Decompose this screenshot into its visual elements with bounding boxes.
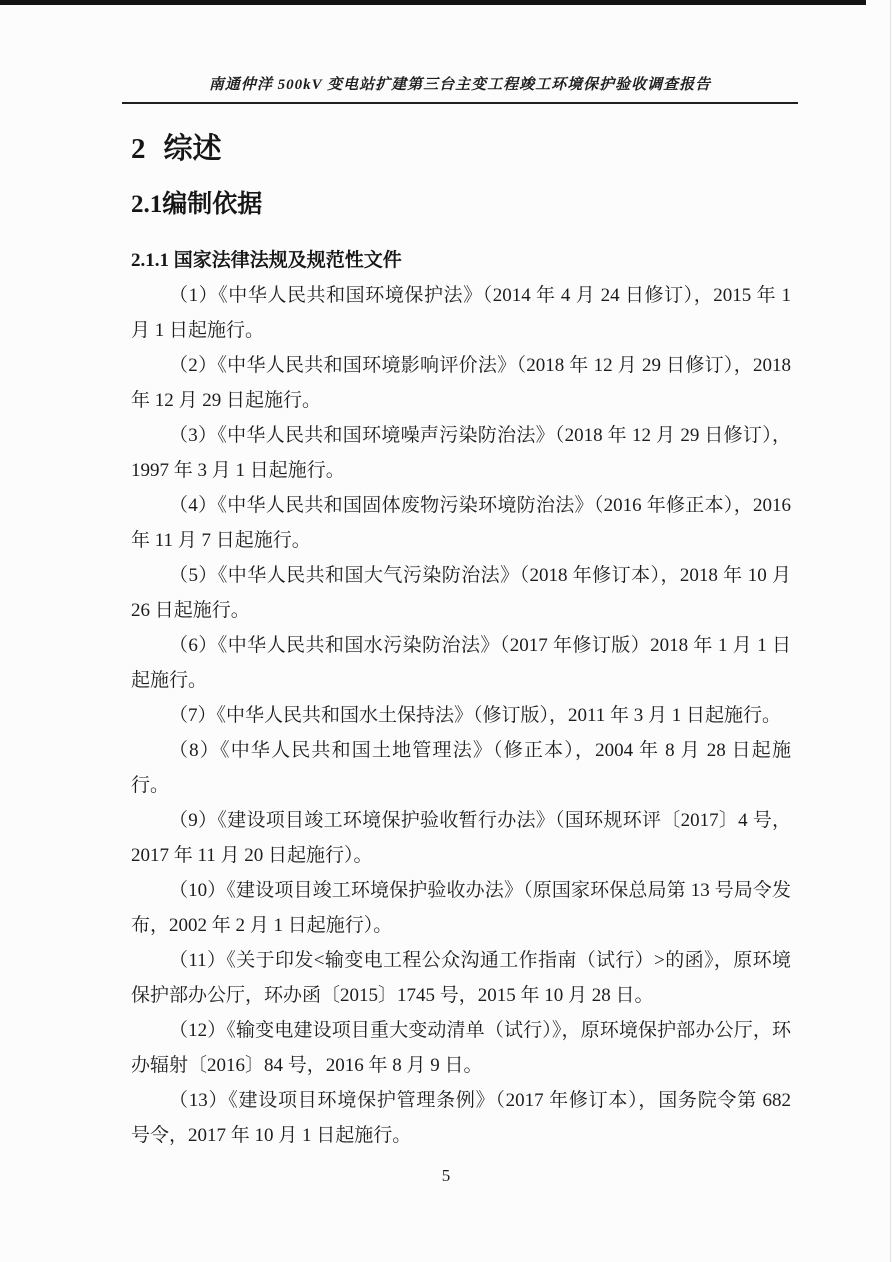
legal-reference-paragraph-8: （8）《中华人民共和国土地管理法》（修正本），2004 年 8 月 28 日起施… bbox=[131, 733, 791, 803]
section-title: 2.1编制依据 bbox=[131, 188, 791, 222]
chapter-number: 2 bbox=[131, 133, 146, 165]
legal-reference-paragraph-3: （3）《中华人民共和国环境噪声污染防治法》（2018 年 12 月 29 日修订… bbox=[131, 418, 791, 488]
legal-reference-paragraph-2: （2）《中华人民共和国环境影响评价法》（2018 年 12 月 29 日修订），… bbox=[131, 348, 791, 418]
scan-artifact-top-bar bbox=[0, 0, 866, 5]
legal-reference-paragraph-4: （4）《中华人民共和国固体废物污染环境防治法》（2016 年修正本），2016 … bbox=[131, 488, 791, 558]
legal-reference-paragraph-11: （11）《关于印发<输变电工程公众沟通工作指南（试行）>的函》，原环境保护部办公… bbox=[131, 943, 791, 1013]
body-text: （1）《中华人民共和国环境保护法》（2014 年 4 月 24 日修订），201… bbox=[131, 278, 791, 1153]
legal-reference-paragraph-10: （10）《建设项目竣工环境保护验收办法》（原国家环保总局第 13 号局令发布，2… bbox=[131, 873, 791, 943]
document-page: 南通仲洋 500kV 变电站扩建第三台主变工程竣工环境保护验收调查报告 2综述 … bbox=[0, 0, 892, 1262]
legal-reference-paragraph-13: （13）《建设项目环境保护管理条例》（2017 年修订本），国务院令第 682 … bbox=[131, 1083, 791, 1153]
scan-artifact-right-edge bbox=[890, 0, 891, 1262]
chapter-title-text: 综述 bbox=[164, 133, 222, 165]
legal-reference-paragraph-9: （9）《建设项目竣工环境保护验收暂行办法》（国环规环评〔2017〕4 号，201… bbox=[131, 803, 791, 873]
chapter-title: 2综述 bbox=[131, 130, 791, 168]
legal-reference-paragraph-7: （7）《中华人民共和国水土保持法》（修订版），2011 年 3 月 1 日起施行… bbox=[131, 698, 791, 733]
legal-reference-paragraph-5: （5）《中华人民共和国大气污染防治法》（2018 年修订本），2018 年 10… bbox=[131, 558, 791, 628]
legal-reference-paragraph-12: （12）《输变电建设项目重大变动清单（试行）》，原环境保护部办公厅，环办辐射〔2… bbox=[131, 1013, 791, 1083]
document-content: 2综述 2.1编制依据 2.1.1 国家法律法规及规范性文件 （1）《中华人民共… bbox=[131, 126, 791, 1153]
page-number: 5 bbox=[0, 1166, 892, 1186]
legal-reference-paragraph-1: （1）《中华人民共和国环境保护法》（2014 年 4 月 24 日修订），201… bbox=[131, 278, 791, 348]
legal-reference-paragraph-6: （6）《中华人民共和国水污染防治法》（2017 年修订版）2018 年 1 月 … bbox=[131, 628, 791, 698]
subsection-title: 2.1.1 国家法律法规及规范性文件 bbox=[131, 247, 791, 275]
running-header: 南通仲洋 500kV 变电站扩建第三台主变工程竣工环境保护验收调查报告 bbox=[122, 73, 798, 104]
